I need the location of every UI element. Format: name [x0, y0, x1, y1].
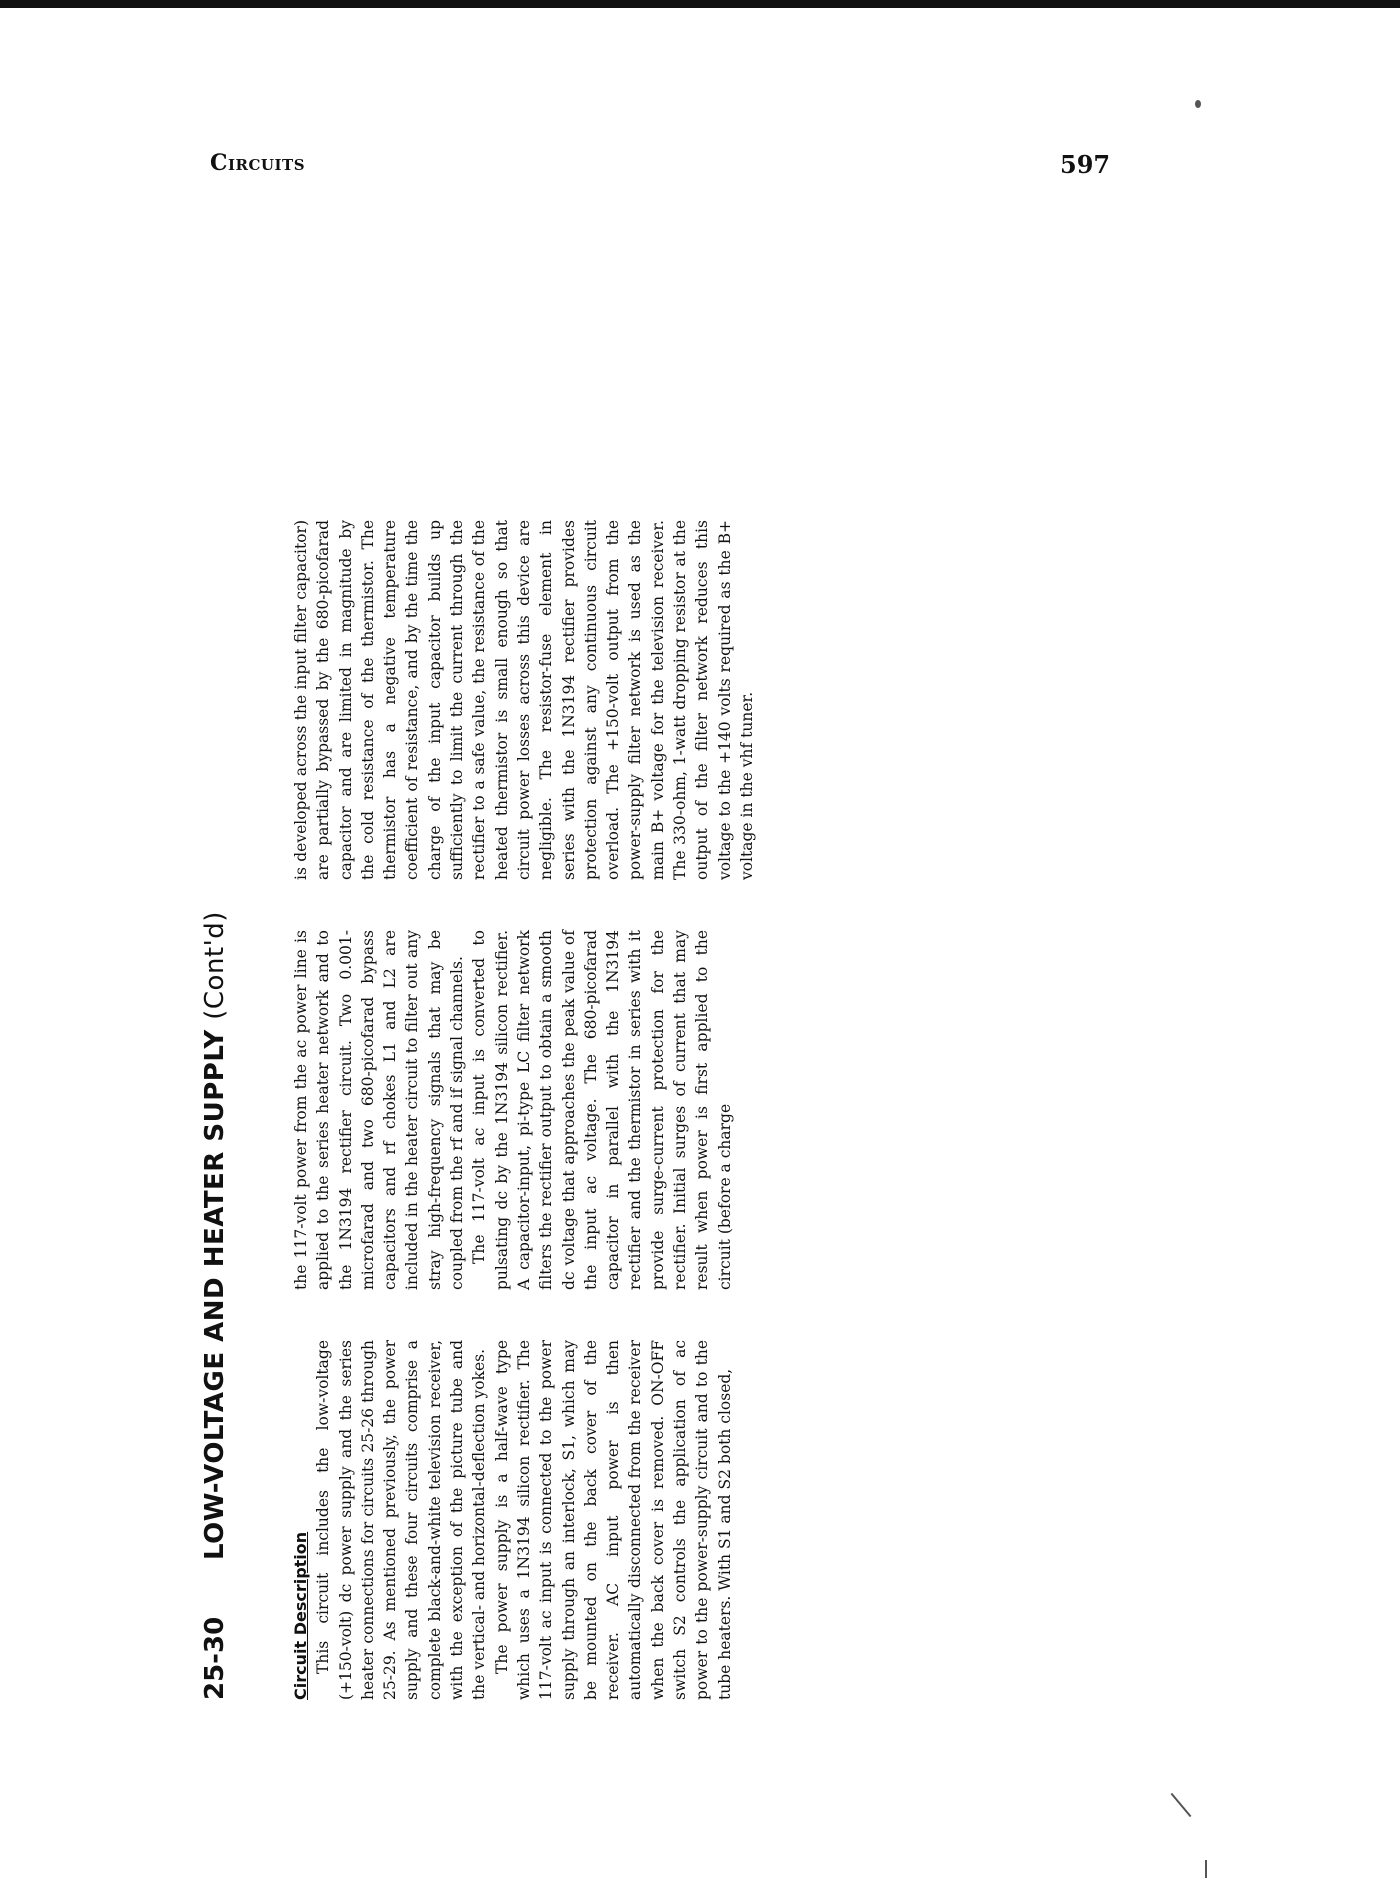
paragraph: The power supply is a half-wave type whi… — [491, 1340, 736, 1700]
section-number: 25-30 — [200, 1617, 230, 1700]
paragraph: the 117-volt power from the ac power lin… — [290, 930, 468, 1290]
scan-mark — [1205, 1860, 1207, 1878]
text-column-2: the 117-volt power from the ac power lin… — [290, 930, 736, 1290]
rotated-content: 25-30 LOW-VOLTAGE AND HEATER SUPPLY (Con… — [200, 120, 1100, 1700]
subheading: Circuit Description — [290, 1340, 312, 1700]
section-title: LOW-VOLTAGE AND HEATER SUPPLY (Cont'd) — [200, 911, 230, 1560]
paragraph: This circuit includes the low-voltage (+… — [312, 1340, 490, 1700]
scan-mark — [1171, 1793, 1192, 1817]
paragraph: The 117-volt ac input is converted to pu… — [468, 930, 736, 1290]
scan-speck — [1195, 100, 1201, 108]
text-column-3: is developed across the input filter cap… — [290, 520, 758, 880]
section-title-suffix: (Cont'd) — [200, 911, 230, 1020]
section-title-text: LOW-VOLTAGE AND HEATER SUPPLY — [200, 1029, 230, 1560]
scan-top-border — [0, 0, 1400, 8]
text-column-1: Circuit Description This circuit include… — [290, 1340, 736, 1700]
paragraph: is developed across the input filter cap… — [290, 520, 758, 880]
